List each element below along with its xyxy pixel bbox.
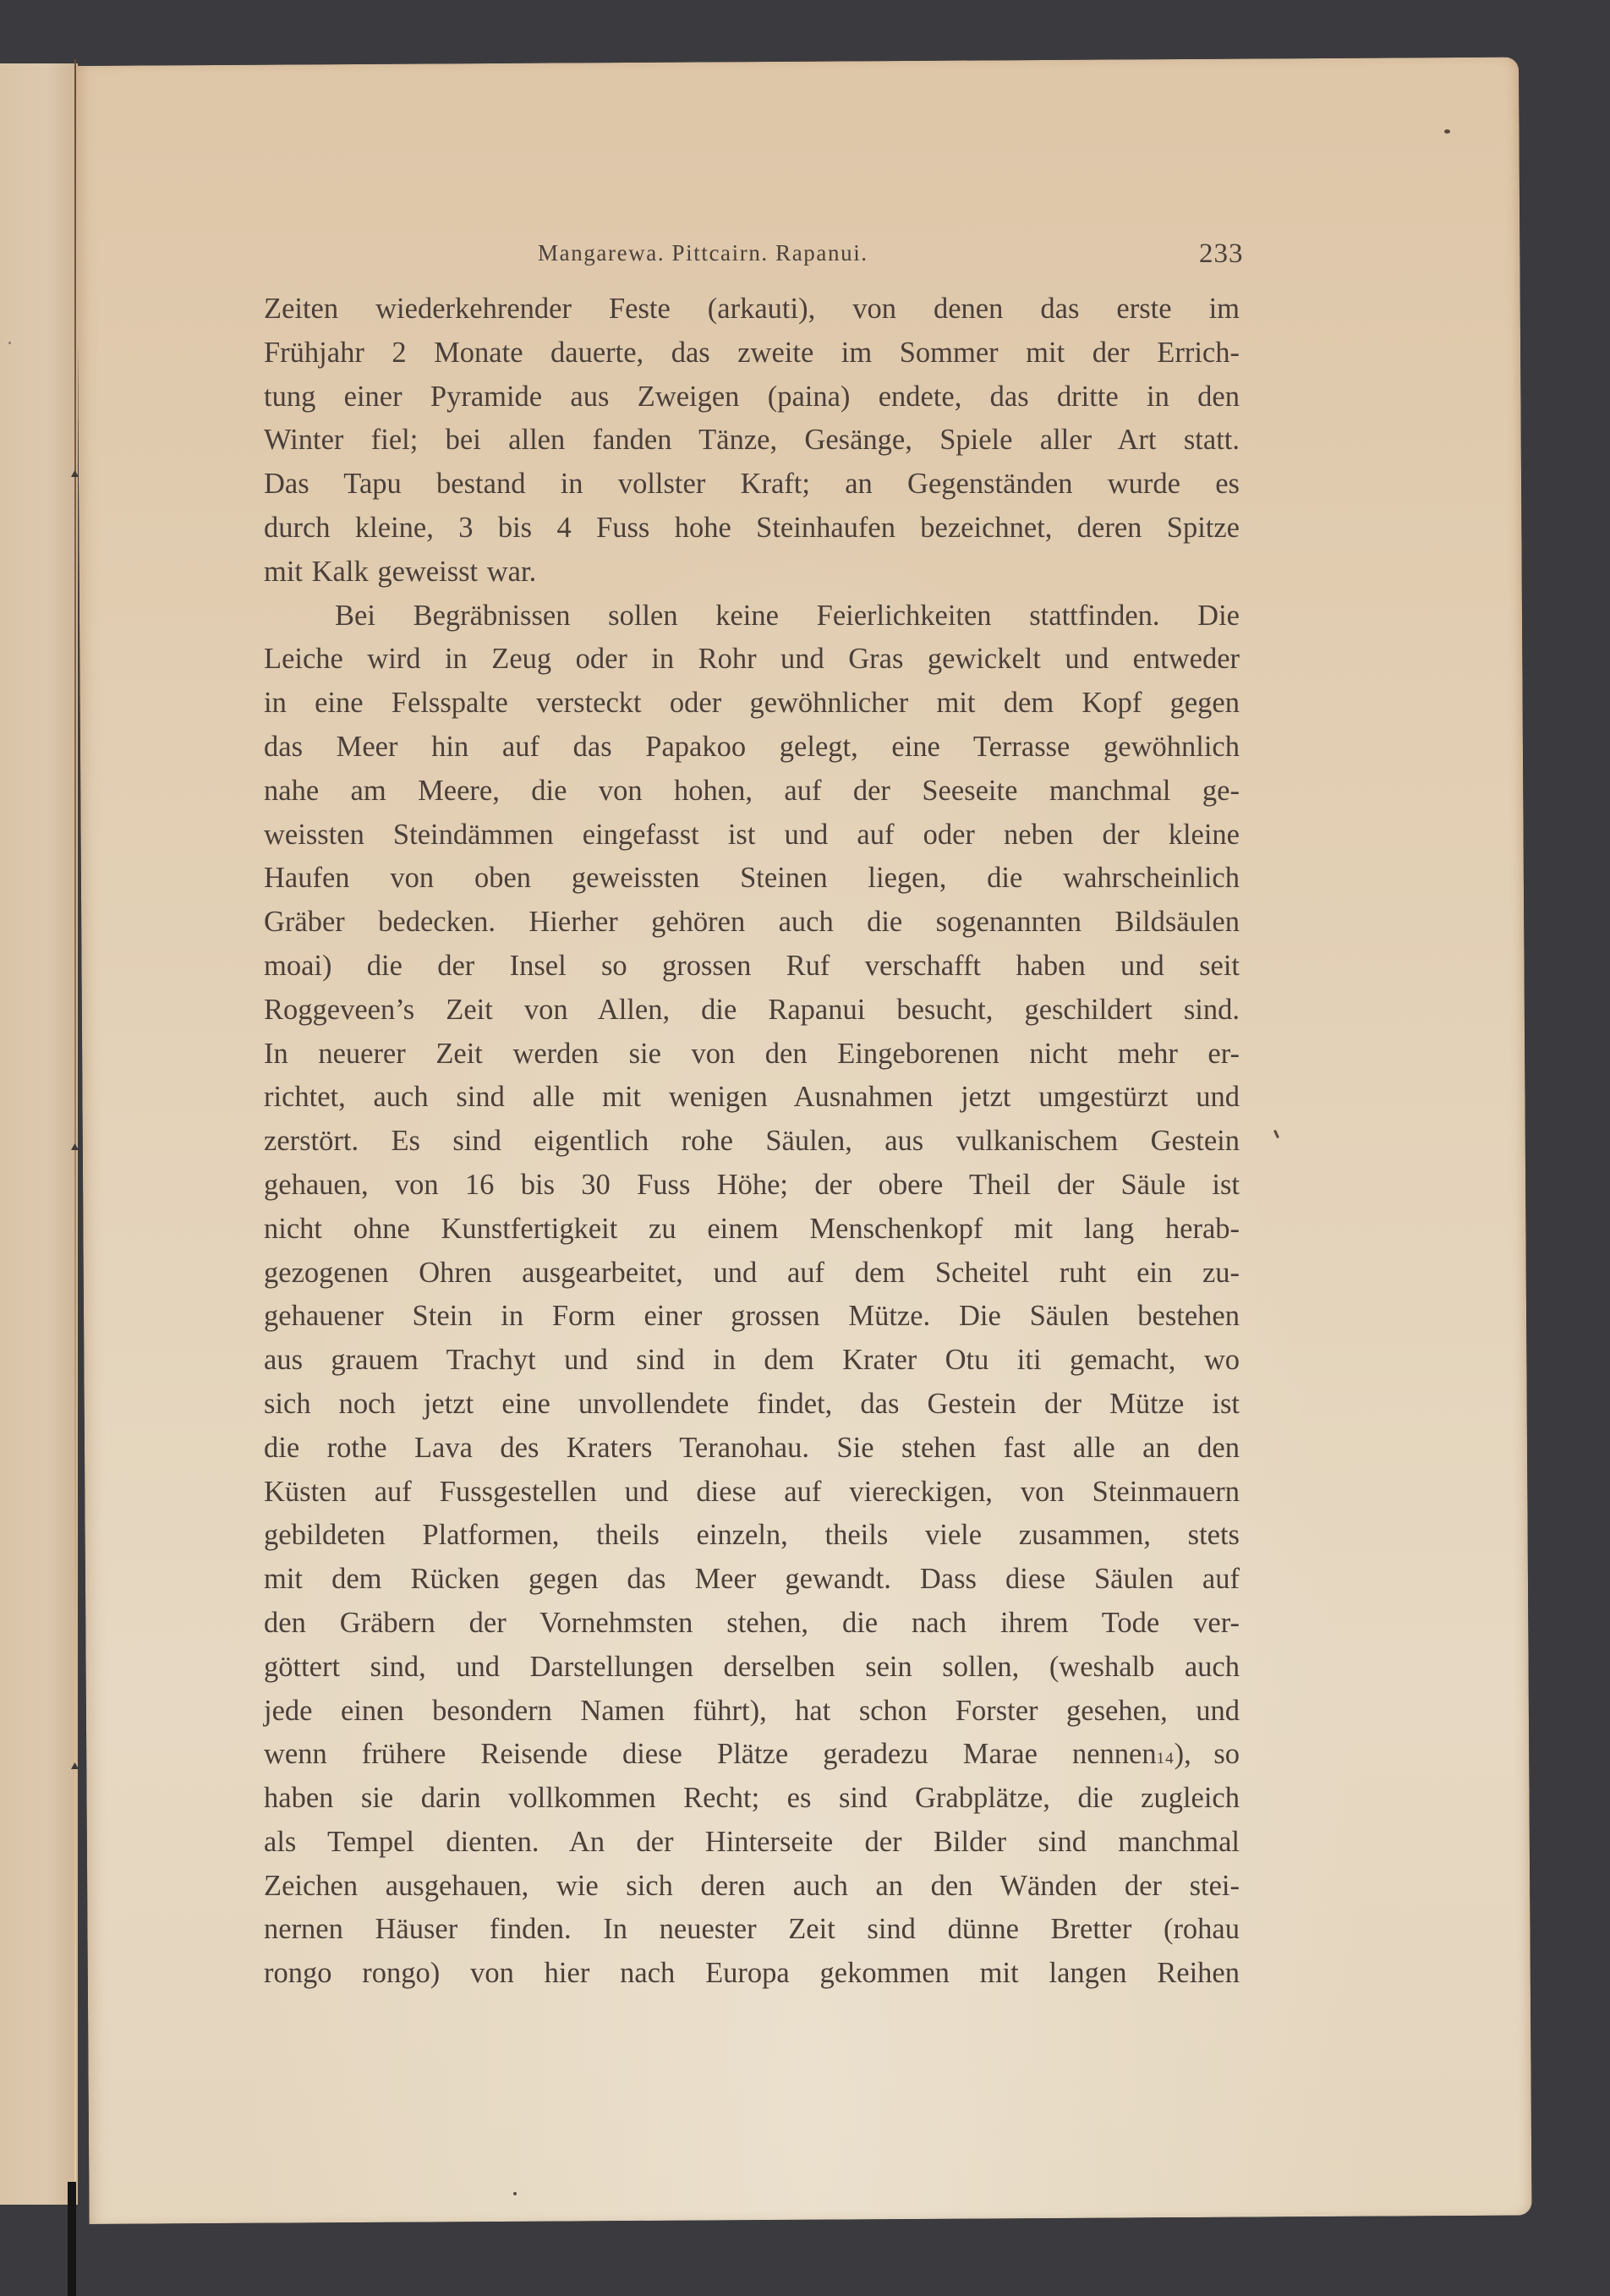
text-line: weissten Steindämmen eingefasst ist und … bbox=[264, 814, 1240, 858]
text-line: gezogenen Ohren ausgearbeitet, und auf d… bbox=[264, 1252, 1240, 1296]
text-line: Küsten auf Fussgestellen und diese auf v… bbox=[264, 1471, 1240, 1515]
text-line-with-footnote: wenn frühere Reisende diese Plätze gerad… bbox=[264, 1733, 1240, 1777]
text-line: Leiche wird in Zeug oder in Rohr und Gra… bbox=[264, 638, 1240, 682]
text-line: haben sie darin vollkommen Recht; es sin… bbox=[264, 1777, 1240, 1821]
text-line: den Gräbern der Vornehmsten stehen, die … bbox=[264, 1602, 1240, 1646]
text-line: als Tempel dienten. An der Hinterseite d… bbox=[264, 1821, 1240, 1865]
paper-speck bbox=[513, 2192, 517, 2195]
text-line: Bei Begräbnissen sollen keine Feierlichk… bbox=[264, 595, 1240, 638]
text-line: Frühjahr 2 Monate dauerte, das zweite im… bbox=[264, 332, 1240, 375]
text-line: Winter fiel; bei allen fanden Tänze, Ges… bbox=[264, 419, 1240, 463]
body-text: Zeiten wiederkehrender Feste (arkauti), … bbox=[264, 288, 1240, 1996]
text-line: In neuerer Zeit werden sie von den Einge… bbox=[264, 1033, 1240, 1077]
text-line: die rothe Lava des Kraters Teranohau. Si… bbox=[264, 1427, 1240, 1471]
paper-speck bbox=[1444, 129, 1450, 134]
text-line: gehauen, von 16 bis 30 Fuss Höhe; der ob… bbox=[264, 1164, 1240, 1208]
text-line: Zeichen ausgehauen, wie sich deren auch … bbox=[264, 1865, 1240, 1909]
text-line: durch kleine, 3 bis 4 Fuss hohe Steinhau… bbox=[264, 507, 1240, 551]
page-number: 233 bbox=[1199, 238, 1244, 270]
facing-page-edge bbox=[0, 63, 78, 2205]
text-line: mit dem Rücken gegen das Meer gewandt. D… bbox=[264, 1558, 1240, 1602]
text-line: Zeiten wiederkehrender Feste (arkauti), … bbox=[264, 288, 1240, 332]
text-line: das Meer hin auf das Papakoo gelegt, ein… bbox=[264, 726, 1240, 770]
text-line: jede einen besondern Namen führt), hat s… bbox=[264, 1690, 1240, 1734]
text-line: Gräber bedecken. Hierher gehören auch di… bbox=[264, 901, 1240, 945]
text-line: gebildeten Platformen, theils einzeln, t… bbox=[264, 1514, 1240, 1558]
text-segment: wenn frühere Reisende diese Plätze gerad… bbox=[264, 1733, 1157, 1777]
text-line: richtet, auch sind alle mit wenigen Ausn… bbox=[264, 1076, 1240, 1120]
text-line: zerstört. Es sind eigentlich rohe Säulen… bbox=[264, 1120, 1240, 1164]
text-line: sich noch jetzt eine unvollendete findet… bbox=[264, 1383, 1240, 1427]
text-line: aus grauem Trachyt und sind in dem Krate… bbox=[264, 1339, 1240, 1383]
text-line: mit Kalk geweisst war. bbox=[264, 551, 1240, 595]
text-line: nahe am Meere, die von hohen, auf der Se… bbox=[264, 770, 1240, 814]
text-line: tung einer Pyramide aus Zweigen (paina) … bbox=[264, 375, 1240, 419]
text-line: Haufen von oben geweissten Steinen liege… bbox=[264, 857, 1240, 901]
text-line: göttert sind, und Darstellungen derselbe… bbox=[264, 1646, 1240, 1690]
text-line: nernen Häuser finden. In neuester Zeit s… bbox=[264, 1908, 1240, 1952]
text-line: Roggeveen’s Zeit von Allen, die Rapanui … bbox=[264, 989, 1240, 1033]
paper-speck bbox=[8, 342, 11, 344]
text-line: rongo rongo) von hier nach Europa gekomm… bbox=[264, 1952, 1240, 1996]
text-line: gehauener Stein in Form einer grossen Mü… bbox=[264, 1295, 1240, 1339]
text-line: moai) die der Insel so grossen Ruf versc… bbox=[264, 945, 1240, 989]
running-head: Mangarewa. Pittcairn. Rapanui. bbox=[538, 240, 868, 266]
spine-shadow bbox=[68, 2182, 76, 2296]
text-line: Das Tapu bestand in vollster Kraft; an G… bbox=[264, 463, 1240, 507]
text-line: in eine Felsspalte versteckt oder gewöhn… bbox=[264, 682, 1240, 726]
text-line: nicht ohne Kunstfertigkeit zu einem Mens… bbox=[264, 1208, 1240, 1252]
book-gutter bbox=[74, 59, 76, 2207]
text-segment: ), so bbox=[1175, 1733, 1240, 1777]
